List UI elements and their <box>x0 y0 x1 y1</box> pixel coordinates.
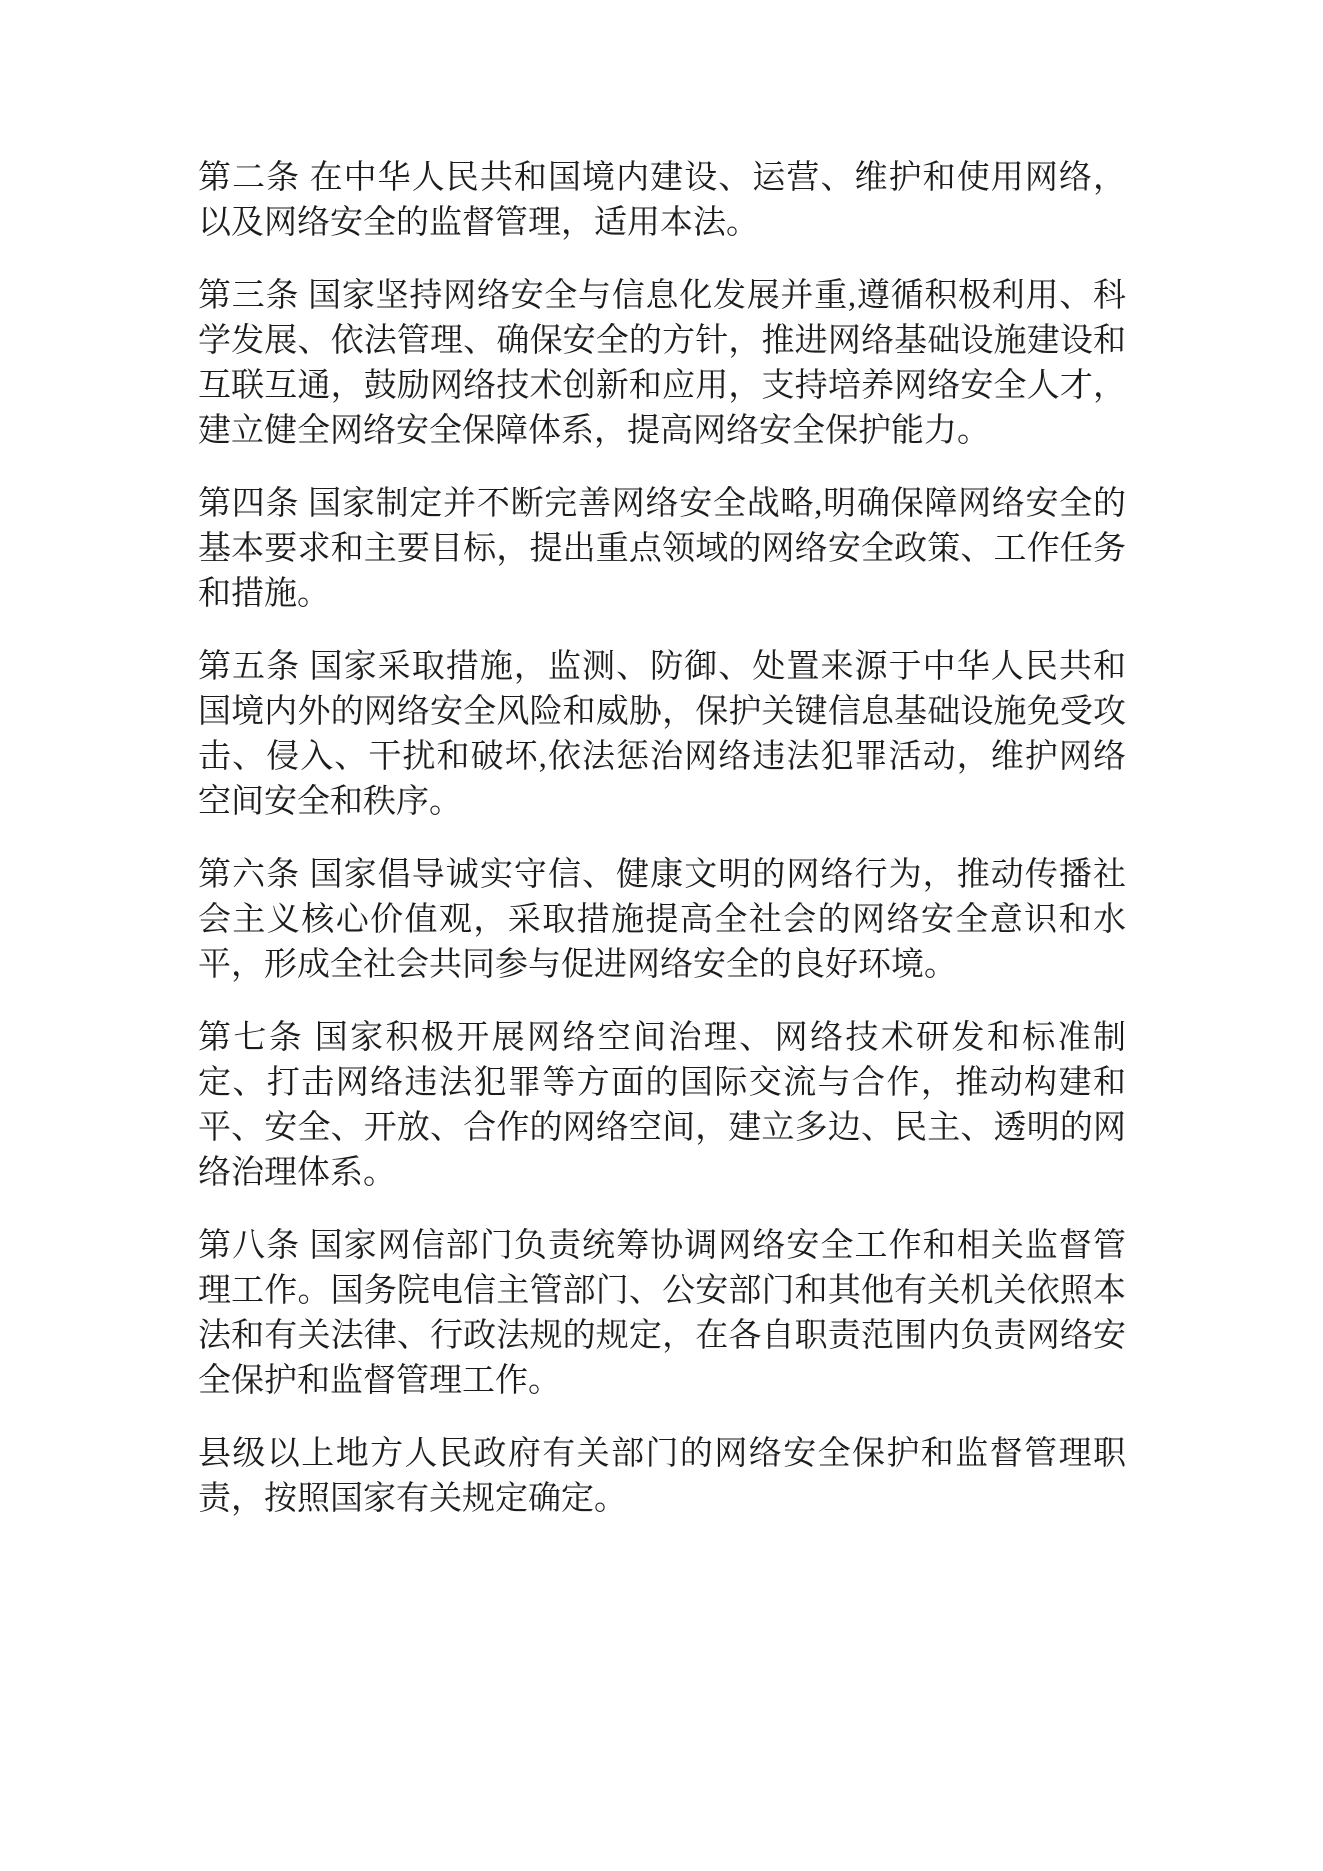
law-article-6-paragraph: 第六条 国家倡导诚实守信、健康文明的网络行为，推动传播社会主义核心价值观，采取措… <box>198 853 1126 988</box>
law-article-3-paragraph: 第三条 国家坚持网络安全与信息化发展并重,遵循积极利用、科学发展、依法管理、确保… <box>198 274 1126 454</box>
law-article-2-paragraph: 第二条 在中华人民共和国境内建设、运营、维护和使用网络，以及网络安全的监督管理，… <box>198 156 1126 246</box>
law-article-8-paragraph: 第八条 国家网信部门负责统筹协调网络安全工作和相关监督管理工作。国务院电信主管部… <box>198 1224 1126 1404</box>
document-page: 第二条 在中华人民共和国境内建设、运营、维护和使用网络，以及网络安全的监督管理，… <box>0 0 1323 1871</box>
law-article-8-paragraph-2: 县级以上地方人民政府有关部门的网络安全保护和监督管理职责，按照国家有关规定确定。 <box>198 1432 1126 1522</box>
law-article-4-paragraph: 第四条 国家制定并不断完善网络安全战略,明确保障网络安全的基本要求和主要目标，提… <box>198 482 1126 617</box>
law-article-5-paragraph: 第五条 国家采取措施，监测、防御、处置来源于中华人民共和国境内外的网络安全风险和… <box>198 645 1126 825</box>
law-text-block: 第二条 在中华人民共和国境内建设、运营、维护和使用网络，以及网络安全的监督管理，… <box>198 156 1126 1522</box>
law-article-7-paragraph: 第七条 国家积极开展网络空间治理、网络技术研发和标准制定、打击网络违法犯罪等方面… <box>198 1016 1126 1196</box>
